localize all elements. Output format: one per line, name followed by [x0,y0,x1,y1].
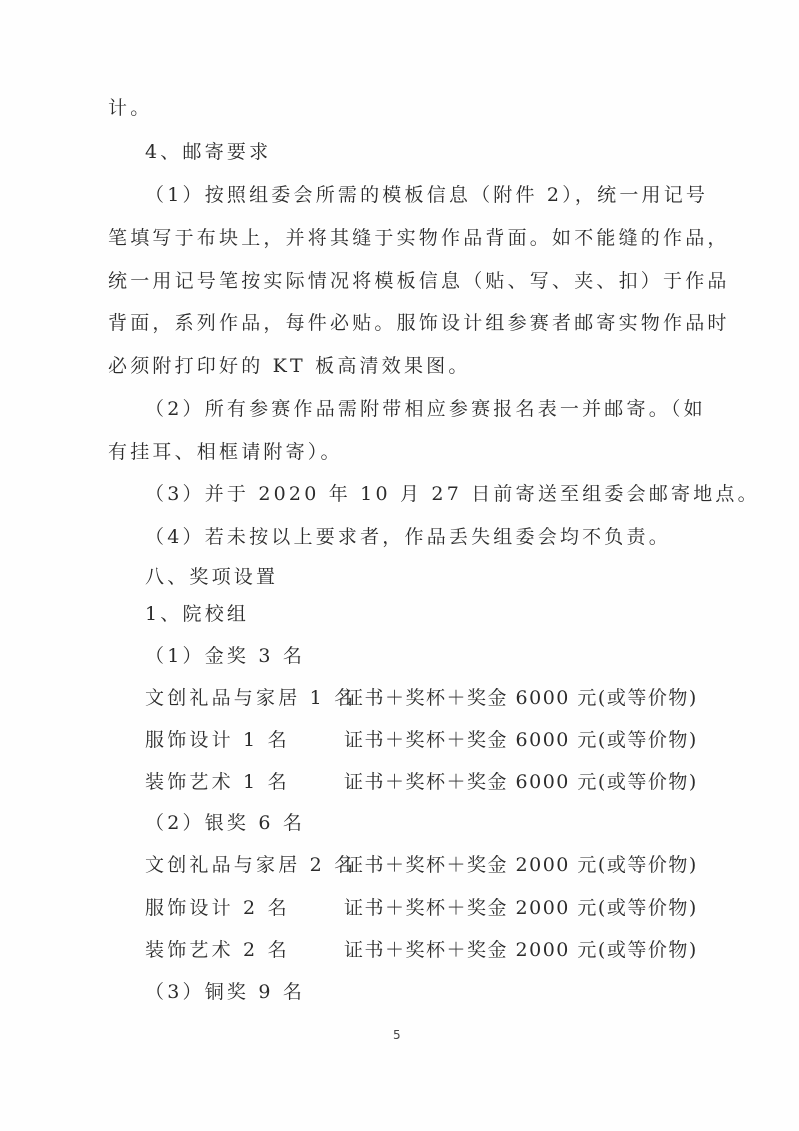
award-prize: 证书＋奖杯＋奖金 6000 元(或等价物) [344,770,698,794]
paragraph-2-line-1: （2）所有参赛作品需附带相应参赛报名表一并邮寄。（如 [145,397,706,421]
silver-award-heading: （2）银奖 6 名 [145,811,305,835]
award-prize: 证书＋奖杯＋奖金 2000 元(或等价物) [344,896,698,920]
paragraph-1-line-1: （1）按照组委会所需的模板信息（附件 2），统一用记号 [145,183,708,207]
subsection-heading-college-group: 1、院校组 [145,602,249,626]
paragraph-4: （4）若未按以上要求者，作品丢失组委会均不负责。 [145,525,671,549]
award-category: 服饰设计 1 名 [145,728,290,752]
paragraph-3: （3）并于 2020 年 10 月 27 日前寄送至组委会邮寄地点。 [145,482,760,506]
award-prize: 证书＋奖杯＋奖金 2000 元(或等价物) [344,853,698,877]
paragraph-1-line-5: 必须附打印好的 KT 板高清效果图。 [108,354,471,378]
paragraph-1-line-4: 背面，系列作品，每件必贴。服饰设计组参赛者邮寄实物作品时 [108,311,730,335]
document-page: 计。 4、邮寄要求 （1）按照组委会所需的模板信息（附件 2），统一用记号 笔填… [0,0,799,1131]
award-category: 装饰艺术 1 名 [145,770,290,794]
subheading-mailing-requirements: 4、邮寄要求 [145,140,271,164]
award-category: 装饰艺术 2 名 [145,938,290,962]
gold-award-heading: （1）金奖 3 名 [145,644,305,668]
bronze-award-heading: （3）铜奖 9 名 [145,980,305,1004]
paragraph-continuation: 计。 [108,96,152,120]
award-prize: 证书＋奖杯＋奖金 6000 元(或等价物) [344,686,698,710]
award-category: 文创礼品与家居 1 名 [145,686,356,710]
section-heading-awards: 八、奖项设置 [145,565,278,589]
award-category: 服饰设计 2 名 [145,896,290,920]
paragraph-2-line-2: 有挂耳、相框请附寄）。 [108,440,343,464]
award-prize: 证书＋奖杯＋奖金 2000 元(或等价物) [344,938,698,962]
paragraph-1-line-2: 笔填写于布块上，并将其缝于实物作品背面。如不能缝的作品， [108,226,730,250]
paragraph-1-line-3: 统一用记号笔按实际情况将模板信息（贴、写、夹、扣）于作品 [108,269,730,293]
page-number: 5 [393,1028,401,1042]
award-category: 文创礼品与家居 2 名 [145,853,356,877]
award-prize: 证书＋奖杯＋奖金 6000 元(或等价物) [344,728,698,752]
